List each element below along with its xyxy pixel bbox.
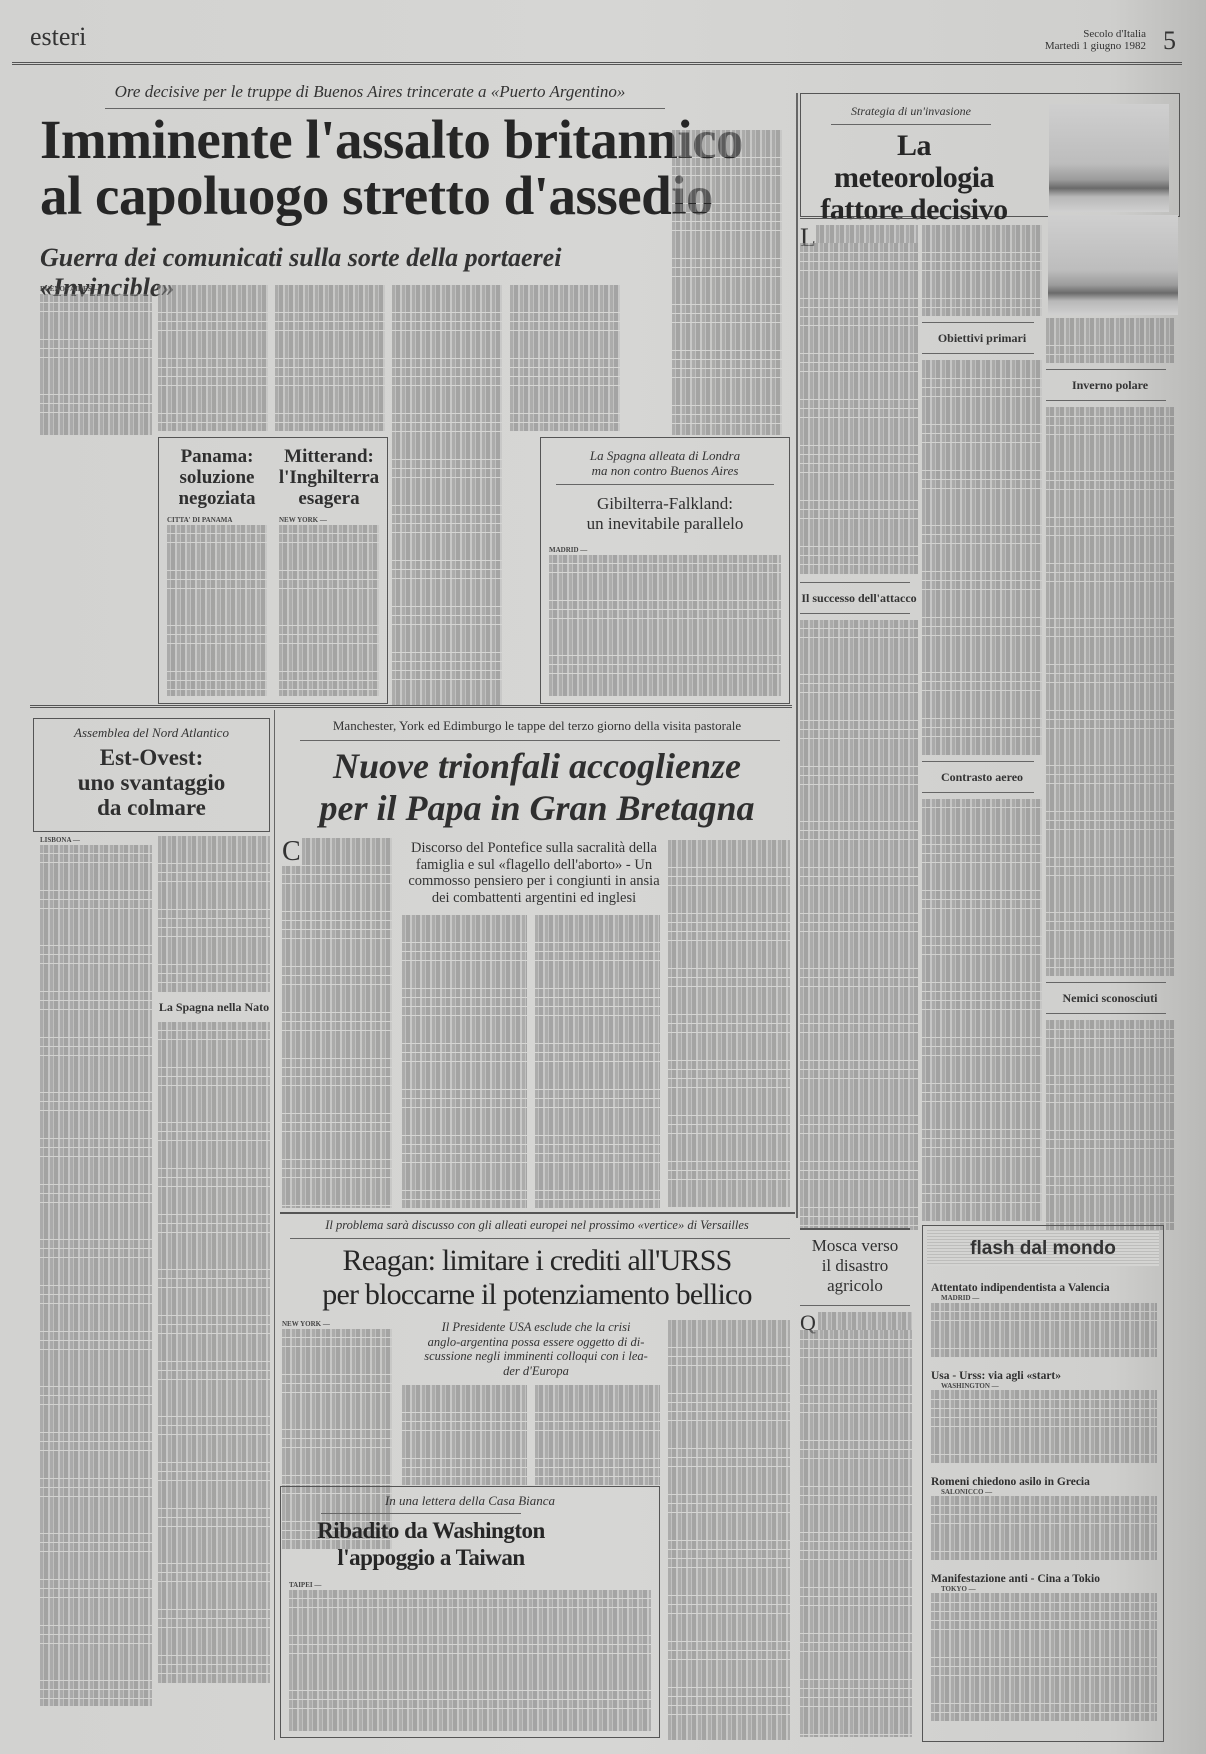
main-article-col4 — [392, 285, 502, 705]
main-article-col6 — [672, 130, 782, 435]
crosshead-contrasto: Contrasto aereo — [922, 770, 1042, 784]
pope-dropcap: C — [282, 838, 301, 866]
main-headline-line1: Imminente l'assalto britannico — [40, 112, 743, 168]
spain-kicker: La Spagna alleata di Londrama non contro… — [546, 448, 784, 478]
weather-header-box: Strategia di un'invasione La meteorologi… — [800, 93, 1180, 217]
taiwan-box: In una lettera della Casa Bianca Ribadit… — [280, 1486, 660, 1738]
main-kicker: Ore decisive per le truppe di Buenos Air… — [80, 82, 660, 102]
reagan-col2 — [402, 1385, 527, 1485]
mitterand-headline: Mitterand:l'Inghilterraesagera — [275, 446, 383, 509]
nato-header-box: Assemblea del Nord Atlantico Est-Ovest:u… — [33, 718, 270, 832]
flash-item: Romeni chiedono asilo in Grecia SALONICC… — [931, 1476, 1157, 1560]
flash-items: Attentato indipendentista a Valencia MAD… — [931, 1282, 1157, 1737]
taiwan-headline: Ribadito da Washingtonl'appoggio a Taiwa… — [281, 1517, 581, 1571]
masthead-info: Secolo d'Italia Martedì 1 giugno 1982 — [1045, 28, 1146, 52]
mitterand-article: NEW YORK — — [279, 516, 379, 696]
reagan-deck: Il Presidente USA esclude che la crisian… — [405, 1320, 667, 1378]
header-rule — [12, 62, 1182, 65]
main-article-col5 — [510, 285, 620, 435]
moscow-article: Q — [800, 1312, 912, 1737]
flash-box: flash dal mondo Attentato indipendentist… — [922, 1225, 1164, 1742]
flash-title: flash dal mondo — [927, 1238, 1159, 1260]
panama-headline: Panama:soluzionenegoziata — [167, 446, 267, 509]
weather-col1: L Il successo dell'attacco — [800, 225, 918, 1230]
main-article-col1: BUENOS AIRES — — [40, 285, 152, 435]
crosshead-obiettivi: Obiettivi primari — [922, 331, 1042, 345]
crosshead-spagna-nato: La Spagna nella Nato — [158, 1000, 270, 1014]
pope-col2 — [402, 915, 527, 1208]
spain-box: La Spagna alleata di Londrama non contro… — [540, 437, 790, 704]
newspaper-page: esteri Secolo d'Italia Martedì 1 giugno … — [0, 0, 1206, 1754]
weather-col2: Obiettivi primari Contrasto aereo — [922, 225, 1042, 1230]
nato-col2: La Spagna nella Nato — [158, 836, 270, 1706]
flash-item: Manifestazione anti - Cina a Tokio TOKYO… — [931, 1573, 1157, 1722]
main-headline: Imminente l'assalto britannico al capolu… — [40, 112, 743, 224]
crosshead-nemici: Nemici sconosciuti — [1046, 991, 1174, 1005]
nato-headline: Est-Ovest:uno svantaggioda colmare — [34, 745, 269, 820]
panama-article: CITTA' DI PANAMA — [167, 516, 267, 696]
bottles-photo — [1049, 104, 1169, 212]
pope-headline: Nuove trionfali accoglienzeper il Papa i… — [282, 745, 792, 829]
pope-col1: C — [282, 838, 392, 1208]
spain-headline: Gibilterra-Falkland:un inevitabile paral… — [546, 494, 784, 534]
weather-col3: Inverno polare Nemici sconosciuti Armand… — [1046, 318, 1174, 1230]
reagan-kicker: Il problema sarà discusso con gli alleat… — [282, 1218, 792, 1233]
moscow-headline: Mosca versoil disastroagricolo — [800, 1236, 910, 1296]
taiwan-article: TAIPEI — — [289, 1581, 651, 1731]
reagan-headline: Reagan: limitare i crediti all'URSSper b… — [282, 1244, 792, 1312]
pope-col4 — [668, 840, 790, 1208]
main-headline-line2: al capoluogo stretto d'assedio — [40, 168, 743, 224]
reagan-col4 — [668, 1320, 790, 1740]
crosshead-inverno: Inverno polare — [1046, 378, 1174, 392]
main-article-col3 — [275, 285, 385, 435]
weather-headline: La meteorologiafattore decisivo — [819, 130, 1009, 226]
crosshead-successo: Il successo dell'attacco — [800, 591, 918, 605]
page-number: 5 — [1163, 26, 1176, 56]
reagan-col3 — [535, 1385, 660, 1485]
spain-article: MADRID — — [549, 546, 781, 696]
flash-item: Usa - Urss: via agli «start» WASHINGTON … — [931, 1370, 1157, 1464]
pope-deck: Discorso del Pontefice sulla sacralità d… — [405, 840, 663, 906]
briefs-box: Panama:soluzionenegoziata Mitterand:l'In… — [158, 437, 388, 704]
issue-date: Martedì 1 giugno 1982 — [1045, 40, 1146, 52]
main-article-col2 — [158, 285, 268, 435]
nato-col1: LISBONA — — [40, 836, 152, 1706]
pope-kicker: Manchester, York ed Edimburgo le tappe d… — [282, 718, 792, 734]
pope-col3 — [535, 915, 660, 1208]
weather-kicker: Strategia di un'invasione — [811, 104, 1011, 119]
paper-name: Secolo d'Italia — [1045, 28, 1146, 40]
taiwan-kicker: In una lettera della Casa Bianca — [281, 1493, 659, 1509]
flash-item: Attentato indipendentista a Valencia MAD… — [931, 1282, 1157, 1357]
photo-continuation — [1048, 215, 1178, 315]
main-dateline: BUENOS AIRES — — [40, 285, 152, 294]
section-title: esteri — [30, 22, 86, 52]
nato-kicker: Assemblea del Nord Atlantico — [34, 725, 269, 741]
